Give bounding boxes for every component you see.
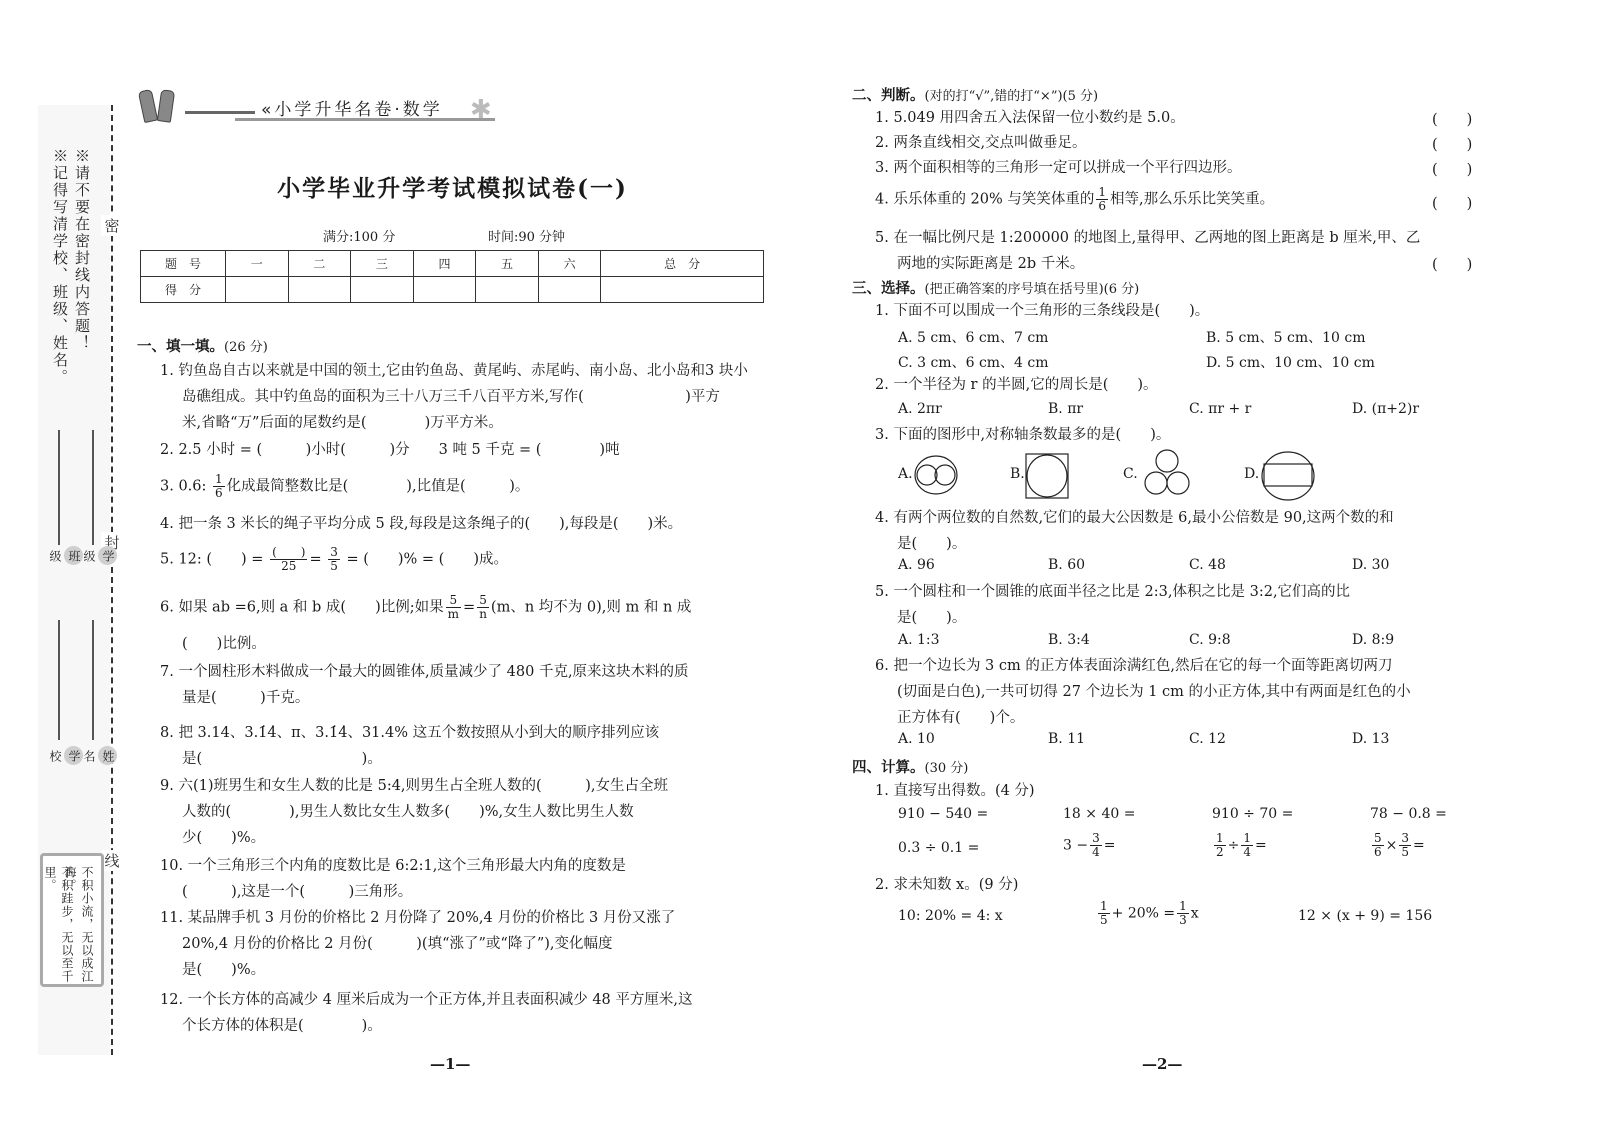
s2-q4: 4. 乐乐体重的 20% 与笑笑体重的16相等,那么乐乐比笑笑重。 <box>875 186 1274 213</box>
s3-q4-option-b[interactable]: B. 60 <box>1048 557 1085 573</box>
s1-q1: 1. 钓鱼岛自古以来就是中国的领土,它由钓鱼岛、黄尾屿、赤尾屿、南小岛、北小岛和… <box>160 358 748 436</box>
calc-8: 56×35= <box>1370 832 1425 859</box>
s1-q6-cont: ( )比例。 <box>182 631 266 657</box>
col-1: 一 <box>226 251 289 277</box>
score-table-header-row: 题 号 一 二 三 四 五 六 总 分 <box>141 251 764 277</box>
s3-q2-option-b[interactable]: B. πr <box>1048 401 1083 417</box>
section-4-heading: 四、计算。(30 分) <box>852 756 968 777</box>
s4-q2: 2. 求未知数 x。(9 分) <box>875 872 1018 898</box>
s3-q3: 3. 下面的图形中,对称轴条数最多的是( )。 <box>875 422 1170 448</box>
class-field-line[interactable] <box>58 430 60 545</box>
col-3: 三 <box>351 251 414 277</box>
s1-q10: 10. 一个三角形三个内角的度数比是 6:2:1,这个三角形最大内角的度数是 (… <box>160 853 626 905</box>
calc-7: 12÷14= <box>1212 832 1267 859</box>
grade-label: 学级 <box>82 545 117 566</box>
series-title: «小学升华名卷·数学 <box>261 95 443 120</box>
row-label: 题 号 <box>141 251 226 277</box>
s3-q3-option-b[interactable]: B. <box>1010 466 1025 482</box>
seal-char-mi: 密 <box>101 215 123 236</box>
s3-q4-option-d[interactable]: D. 30 <box>1352 557 1389 573</box>
s3-q5-option-a[interactable]: A. 1:3 <box>898 632 940 648</box>
s3-q6-option-a[interactable]: A. 10 <box>898 731 935 747</box>
calc-4: 78 − 0.8 = <box>1370 806 1447 822</box>
s1-q11: 11. 某品牌手机 3 月份的价格比 2 月份降了 20%,4 月份的价格比 3… <box>160 905 675 983</box>
s3-q1-option-c[interactable]: C. 3 cm、6 cm、4 cm <box>898 352 1049 372</box>
section-3-heading: 三、选择。(把正确答案的序号填在括号里)(6 分) <box>852 277 1139 298</box>
s1-q6: 6. 如果 ab =6,则 a 和 b 成( )比例;如果5m=5n(m、n 均… <box>160 594 691 621</box>
s3-q3-option-d[interactable]: D. <box>1244 466 1259 482</box>
s3-q3-option-c[interactable]: C. <box>1123 466 1138 482</box>
score-table-score-row: 得 分 <box>141 277 764 303</box>
s2-q1: 1. 5.049 用四舍五入法保留一位小数约是 5.0。 <box>875 105 1185 131</box>
name-label: 姓名 <box>82 745 117 766</box>
s3-q2-option-c[interactable]: C. πr + r <box>1189 401 1251 417</box>
equation-1: 10: 20% = 4: x <box>898 908 1003 924</box>
col-4: 四 <box>413 251 476 277</box>
grade-field-line[interactable] <box>92 430 94 545</box>
two-circles-in-ellipse-icon <box>913 454 959 496</box>
s3-q5-option-b[interactable]: B. 3:4 <box>1048 632 1090 648</box>
name-field-line[interactable] <box>92 620 94 740</box>
s3-q2-option-d[interactable]: D. (π+2)r <box>1352 401 1419 417</box>
school-field-line[interactable] <box>58 620 60 740</box>
score-cell-4[interactable] <box>413 277 476 303</box>
s3-q6: 6. 把一个边长为 3 cm 的正方体表面涂满红色,然后在它的每一个面等距离切两… <box>875 653 1411 731</box>
calc-3: 910 ÷ 70 = <box>1212 806 1293 822</box>
s3-q2: 2. 一个半径为 r 的半圆,它的周长是( )。 <box>875 372 1158 398</box>
series-banner: «小学升华名卷·数学 <box>135 88 443 122</box>
s4-q1: 1. 直接写出得数。(4 分) <box>875 778 1035 804</box>
exam-time: 时间:90 分钟 <box>488 226 565 245</box>
col-5: 五 <box>476 251 539 277</box>
answer-box-4[interactable]: ( ) <box>1432 192 1472 213</box>
col-2: 二 <box>288 251 351 277</box>
calc-2: 18 × 40 = <box>1063 806 1135 822</box>
page-number-left: —1— <box>430 1055 470 1073</box>
s3-q5-option-c[interactable]: C. 9:8 <box>1189 632 1231 648</box>
calc-6: 3 −34= <box>1063 832 1115 859</box>
circle-in-square-icon <box>1025 453 1071 499</box>
s1-q2: 2. 2.5 小时 = ( )小时( )分 3 吨 5 千克 = ( )吨 <box>160 437 620 463</box>
s3-q1-option-b[interactable]: B. 5 cm、5 cm、10 cm <box>1206 327 1366 347</box>
s2-q3: 3. 两个面积相等的三角形一定可以拼成一个平行四边形。 <box>875 155 1241 181</box>
s2-q2: 2. 两条直线相交,交点叫做垂足。 <box>875 130 1087 156</box>
full-score: 满分:100 分 <box>323 226 395 245</box>
s3-q4: 4. 有两个两位数的自然数,它们的最大公因数是 6,最小公倍数是 90,这两个数… <box>875 505 1394 557</box>
banner-rule <box>185 111 255 114</box>
s3-q6-option-c[interactable]: C. 12 <box>1189 731 1226 747</box>
binding-notice-1: ※请不要在密封线内答题！ <box>74 148 90 352</box>
seal-line <box>111 105 113 1055</box>
s1-q3: 3. 0.6: 16化成最简整数比是( ),比值是( )。 <box>160 473 529 500</box>
banner-underline <box>235 118 495 121</box>
equation-2: 15+ 20% =13x <box>1096 900 1199 927</box>
calc-5: 0.3 ÷ 0.1 = <box>898 840 979 856</box>
score-cell-6[interactable] <box>538 277 601 303</box>
s1-q5: 5. 12: ( ) = ( )25= 35 = ( )% = ( )成。 <box>160 546 508 573</box>
s3-q3-option-a[interactable]: A. <box>898 466 913 482</box>
s3-q4-option-a[interactable]: A. 96 <box>898 557 935 573</box>
s3-q4-option-c[interactable]: C. 48 <box>1189 557 1226 573</box>
s1-q7: 7. 一个圆柱形木料做成一个最大的圆锥体,质量减少了 480 千克,原来这块木料… <box>160 659 689 711</box>
s1-q12: 12. 一个长方体的高减少 4 厘米后成为一个正方体,并且表面积减少 48 平方… <box>160 987 693 1039</box>
equation-3: 12 × (x + 9) = 156 <box>1298 908 1432 924</box>
motto-line-2: 不积跬步，无以至千里。 <box>41 866 75 984</box>
answer-box-2[interactable]: ( ) <box>1432 133 1472 154</box>
s1-q9: 9. 六(1)班男生和女生人数的比是 5:4,则男生占全班人数的( ),女生占全… <box>160 773 668 851</box>
seal-char-xian: 线 <box>101 850 123 871</box>
col-total: 总 分 <box>601 251 764 277</box>
score-cell-1[interactable] <box>226 277 289 303</box>
section-2-heading: 二、判断。(对的打“√”,错的打“×”)(5 分) <box>852 84 1098 105</box>
star-decoration-icon: ✱ <box>470 95 492 125</box>
s1-q4: 4. 把一条 3 米长的绳子平均分成 5 段,每段是这条绳子的( ),每段是( … <box>160 511 682 537</box>
score-cell-total[interactable] <box>601 277 764 303</box>
score-cell-2[interactable] <box>288 277 351 303</box>
s3-q2-option-a[interactable]: A. 2πr <box>898 401 942 417</box>
score-cell-3[interactable] <box>351 277 414 303</box>
s3-q6-option-b[interactable]: B. 11 <box>1048 731 1085 747</box>
s3-q1-option-d[interactable]: D. 5 cm、10 cm、10 cm <box>1206 352 1375 372</box>
class-label: 班级 <box>48 545 83 566</box>
s1-q8: 8. 把 3.14、3.1̇4̇、π、3.1̇4̇、31.4% 这五个数按照从小… <box>160 720 659 772</box>
s2-q5: 5. 在一幅比例尺是 1:200000 的地图上,量得甲、乙两地的图上距离是 b… <box>875 225 1420 277</box>
rectangle-in-circle-icon <box>1260 450 1316 502</box>
answer-box-5[interactable]: ( ) <box>1432 253 1472 274</box>
answer-box-3[interactable]: ( ) <box>1432 158 1472 179</box>
motto-frame: 不积小流，无以成江海。 不积跬步，无以至千里。 <box>40 853 104 987</box>
calc-1: 910 − 540 = <box>898 806 988 822</box>
col-6: 六 <box>538 251 601 277</box>
binding-notice-2: ※记得写清学校、班级、姓名。 <box>52 148 68 386</box>
s3-q5: 5. 一个圆柱和一个圆锥的底面半径之比是 2:3,体积之比是 3:2,它们高的比… <box>875 579 1350 631</box>
page-number-right: —2— <box>1142 1055 1182 1073</box>
s3-q5-option-d[interactable]: D. 8:9 <box>1352 632 1394 648</box>
s3-q1-option-a[interactable]: A. 5 cm、6 cm、7 cm <box>898 327 1048 347</box>
section-1-heading: 一、填一填。(26 分) <box>137 335 268 356</box>
school-label: 学校 <box>48 745 83 766</box>
pencil-mascot-icon <box>135 88 185 122</box>
s3-q1: 1. 下面不可以围成一个三角形的三条线段是( )。 <box>875 298 1209 324</box>
three-circles-icon <box>1140 448 1196 498</box>
row-label: 得 分 <box>141 277 226 303</box>
answer-box-1[interactable]: ( ) <box>1432 108 1472 129</box>
score-table: 题 号 一 二 三 四 五 六 总 分 得 分 <box>140 250 764 303</box>
exam-title: 小学毕业升学考试模拟试卷(一) <box>140 170 765 203</box>
score-cell-5[interactable] <box>476 277 539 303</box>
s3-q6-option-d[interactable]: D. 13 <box>1352 731 1389 747</box>
